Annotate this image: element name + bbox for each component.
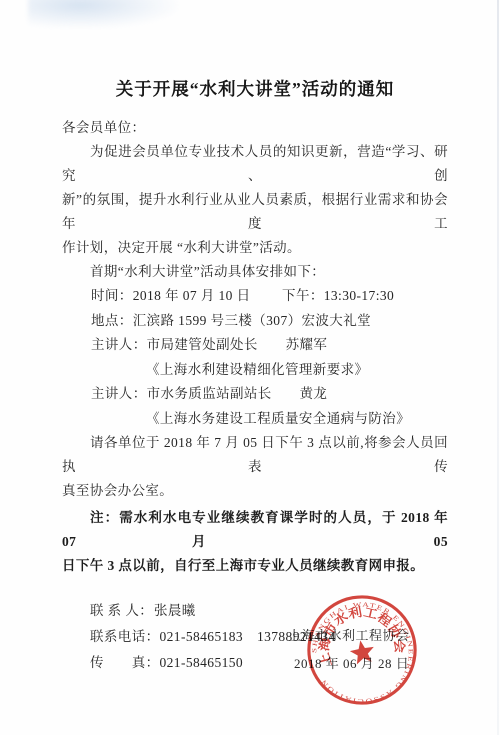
salutation-line: 各会员单位： [62, 116, 448, 140]
signature-date-line: 2018 年 06 月 28 日 [294, 650, 410, 678]
schedule-intro-line: 首期“水利大讲堂”活动具体安排如下： [62, 260, 448, 284]
return-notice-paragraph: 请各单位于 2018 年 7 月 05 日下午 3 点以前,将参会人员回执表传 … [62, 431, 448, 503]
notice-line: 请各单位于 2018 年 7 月 05 日下午 3 点以前,将参会人员回执表传 [62, 431, 448, 479]
contact-fax-label: 传 真： [90, 650, 160, 676]
signature-org-line: 上海市水利工程协会 [288, 622, 410, 650]
intro-line: 作计划，决定开展 “水利大讲堂”活动。 [62, 236, 448, 260]
schedule-location-line: 地点：汇滨路 1599 号三楼（307）宏波大礼堂 [91, 309, 448, 334]
contact-person-value: 张晨曦 [154, 603, 196, 618]
schedule-talk1-title: 《上海水利建设精细化管理新要求》 [146, 358, 448, 383]
document-title: 关于开展“水利大讲堂”活动的通知 [62, 78, 448, 100]
note-paragraph: 注：需水利水电专业继续教育课学时的人员，于 2018 年 07 月 05 日下午… [62, 506, 448, 578]
scanned-notice-page: 关于开展“水利大讲堂”活动的通知 各会员单位： 为促进会员单位专业技术人员的知识… [0, 0, 500, 735]
intro-line: 为促进会员单位专业技术人员的知识更新，营造“学习、研究、创 [62, 140, 448, 188]
schedule-speaker1-line: 主讲人：市局建管处副处长 苏耀军 [91, 333, 448, 358]
note-line: 日下午 3 点以前，自行至上海市专业人员继续教育网申报。 [62, 554, 448, 578]
schedule-talk2-title: 《上海水务建设工程质量安全通病与防治》 [146, 407, 448, 432]
contact-person-line: 联 系 人：张晨曦 [90, 598, 448, 624]
contact-person-label: 联 系 人： [90, 598, 154, 624]
schedule-speaker2-line: 主讲人：市水务质监站副站长 黄龙 [91, 382, 448, 407]
intro-line: 新”的氛围，提升水利行业从业人员素质，根据行业需求和协会年度工 [62, 188, 448, 236]
scan-edge-shadow [497, 0, 499, 735]
notice-line: 真至协会办公室。 [62, 479, 448, 503]
contact-phone-label: 联系电话： [90, 624, 160, 650]
contact-fax-value: 021-58465150 [160, 655, 244, 670]
schedule-time-line: 时间：2018 年 07 月 10 日 下午：13:30-17:30 [91, 284, 448, 309]
document-body: 关于开展“水利大讲堂”活动的通知 各会员单位： 为促进会员单位专业技术人员的知识… [62, 0, 448, 676]
note-line: 注：需水利水电专业继续教育课学时的人员，于 2018 年 07 月 05 [62, 506, 448, 554]
signature-block: 上海市水利工程协会 2018 年 06 月 28 日 [288, 622, 410, 678]
intro-paragraph: 为促进会员单位专业技术人员的知识更新，营造“学习、研究、创 新”的氛围，提升水利… [62, 140, 448, 260]
